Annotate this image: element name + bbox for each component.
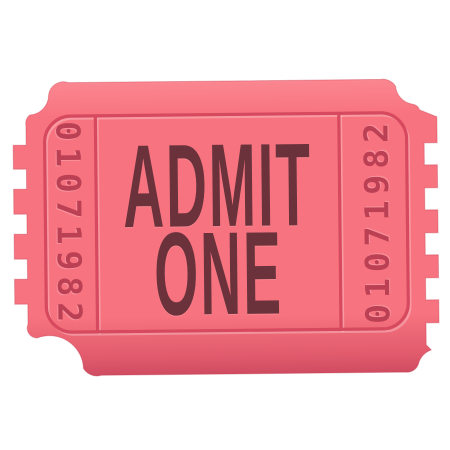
ticket-emoji: 01071982 01071982 ADMIT ONE: [0, 0, 450, 450]
one-text: ONE: [84, 214, 353, 335]
one-text-label: ONE: [154, 214, 284, 333]
